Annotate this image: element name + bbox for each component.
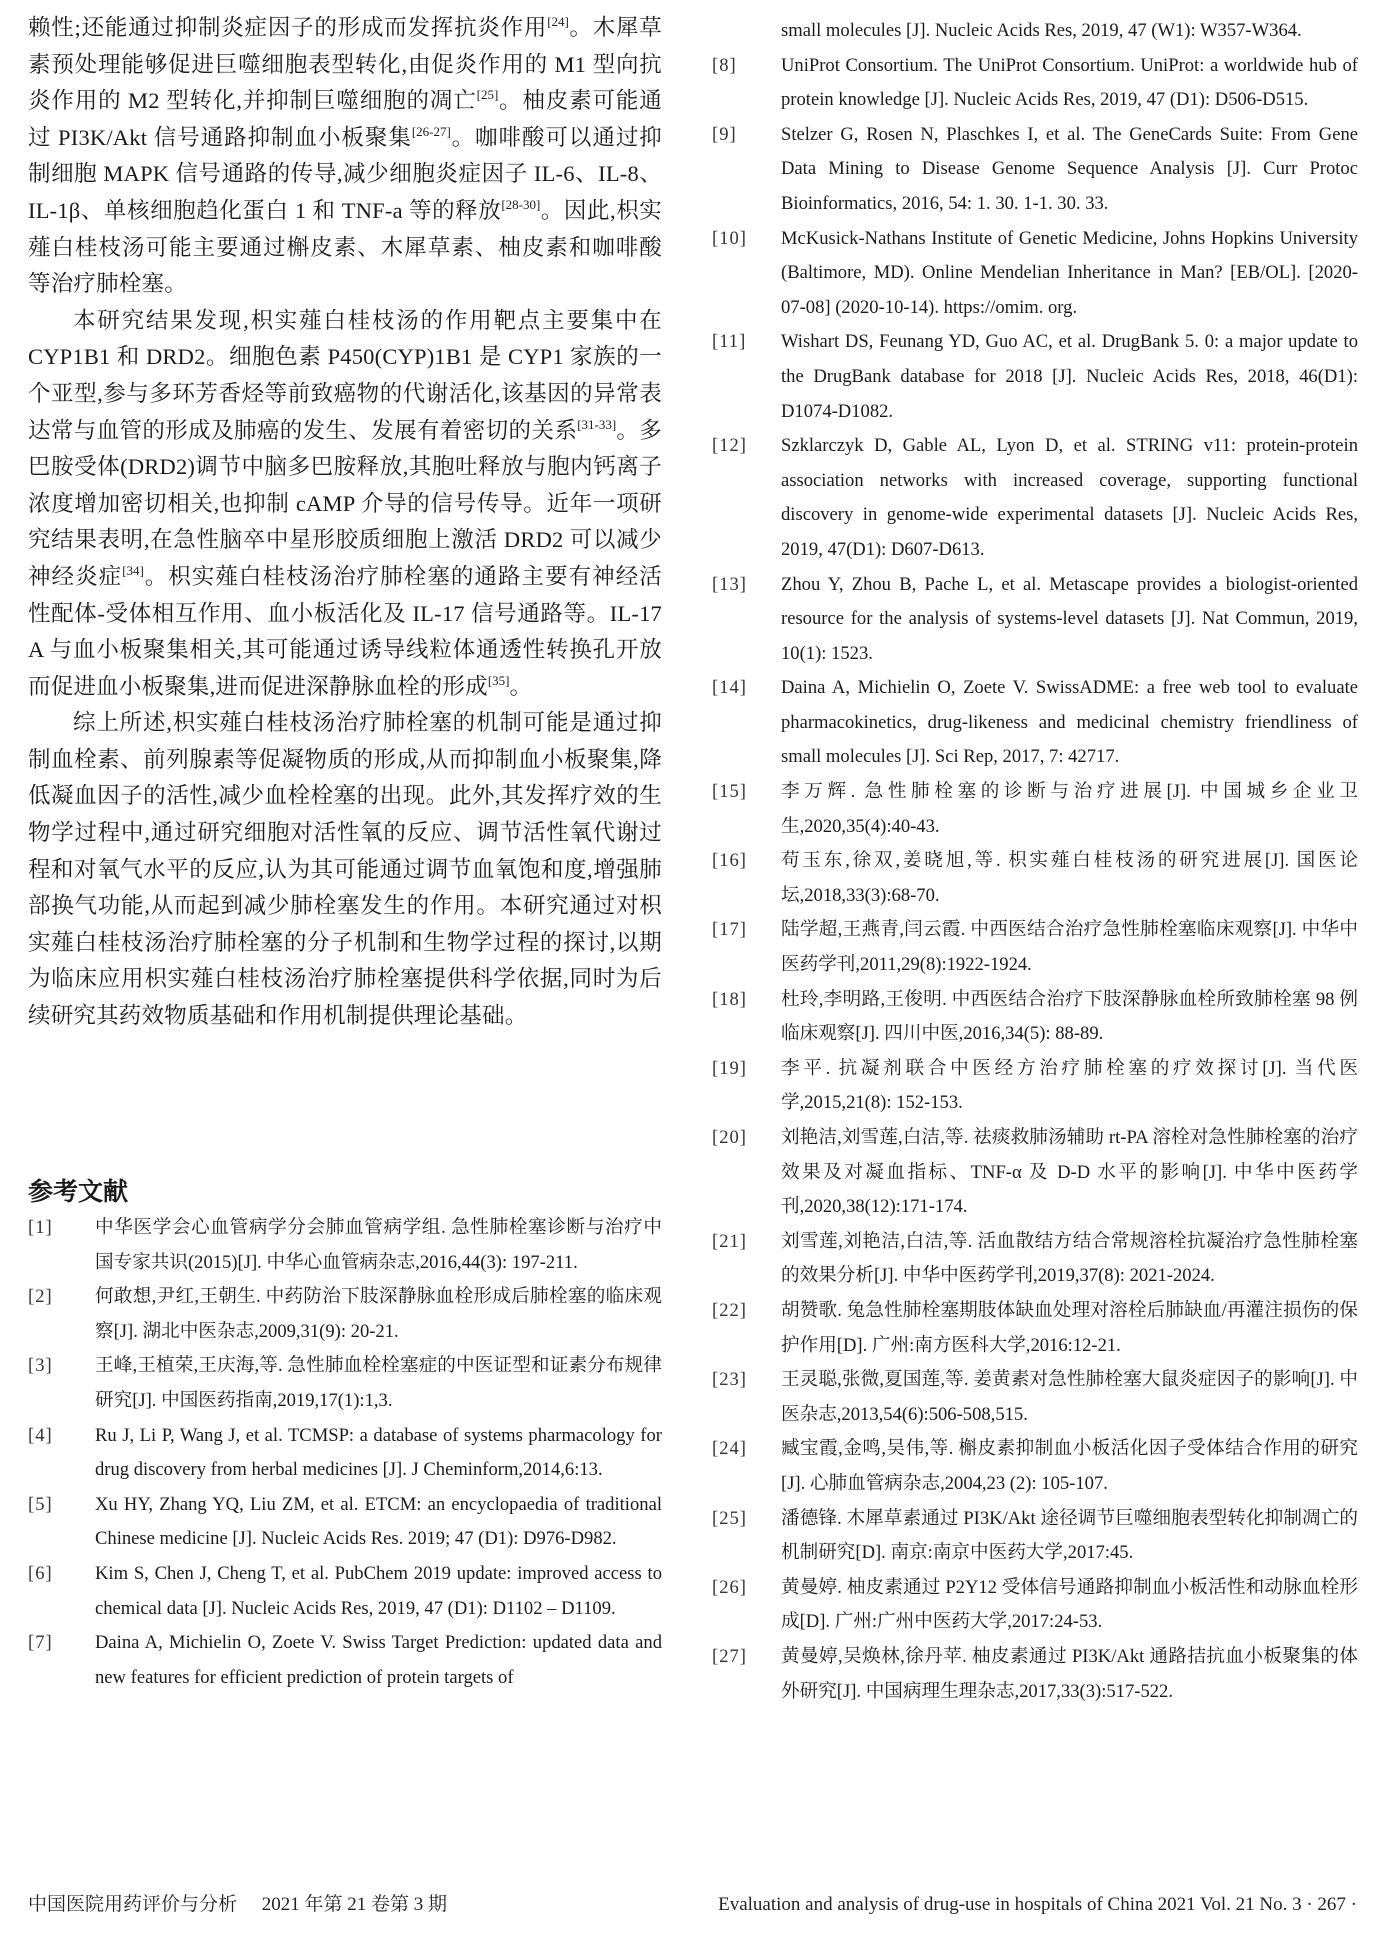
reference-text: 陆学超,王燕青,闫云霞. 中西医结合治疗急性肺栓塞临床观察[J]. 中华中医药学… <box>781 913 1358 982</box>
reference-text: Zhou Y, Zhou B, Pache L, et al. Metascap… <box>781 568 1358 672</box>
reference-list-left: [1]中华医学会心血管病学分会肺血管病学组. 急性肺栓塞诊断与治疗中国专家共识(… <box>28 1211 662 1695</box>
issue-info-cn: 2021 年第 21 卷第 3 期 <box>262 1894 447 1915</box>
reference-text: 臧宝霞,金鸣,吴伟,等. 槲皮素抑制血小板活化因子受体结合作用的研究[J]. 心… <box>781 1432 1358 1501</box>
reference-item: [12]Szklarczyk D, Gable AL, Lyon D, et a… <box>712 429 1358 567</box>
reference-item: [18]杜玲,李明路,王俊明. 中西医结合治疗下肢深静脉血栓所致肺栓塞 98 例… <box>712 983 1358 1052</box>
reference-item: [7]Daina A, Michielin O, Zoete V. Swiss … <box>28 1626 662 1695</box>
reference-number: [4] <box>28 1419 53 1454</box>
reference-number: [26] <box>712 1571 747 1606</box>
reference-text: Stelzer G, Rosen N, Plaschkes I, et al. … <box>781 118 1358 222</box>
reference-text: 王峰,王植荣,王庆海,等. 急性肺血栓栓塞症的中医证型和证素分布规律研究[J].… <box>95 1349 662 1418</box>
citation-marker: [28-30] <box>501 197 540 212</box>
reference-number: [19] <box>712 1052 747 1087</box>
reference-item: [15]李万辉. 急性肺栓塞的诊断与治疗进展[J]. 中国城乡企业卫生,2020… <box>712 775 1358 844</box>
reference-item: [3]王峰,王植荣,王庆海,等. 急性肺血栓栓塞症的中医证型和证素分布规律研究[… <box>28 1349 662 1418</box>
reference-number: [16] <box>712 844 747 879</box>
reference-number: [11] <box>712 325 746 360</box>
reference-text: Kim S, Chen J, Cheng T, et al. PubChem 2… <box>95 1557 662 1626</box>
paragraph: 赖性;还能通过抑制炎症因子的形成而发挥抗炎作用[24]。木犀草素预处理能够促进巨… <box>28 10 662 303</box>
reference-text: Ru J, Li P, Wang J, et al. TCMSP: a data… <box>95 1419 662 1488</box>
reference-text: Szklarczyk D, Gable AL, Lyon D, et al. S… <box>781 429 1358 567</box>
reference-number: [18] <box>712 983 747 1018</box>
reference-number: [27] <box>712 1640 747 1675</box>
reference-text: Wishart DS, Feunang YD, Guo AC, et al. D… <box>781 325 1358 429</box>
reference-number: [23] <box>712 1363 747 1398</box>
footer-right: Evaluation and analysis of drug-use in h… <box>718 1893 1357 1917</box>
reference-item: [16]苟玉东,徐双,姜晓旭,等. 枳实薤白桂枝汤的研究进展[J]. 国医论坛,… <box>712 844 1358 913</box>
reference-number: [21] <box>712 1225 747 1260</box>
reference-text: 苟玉东,徐双,姜晓旭,等. 枳实薤白桂枝汤的研究进展[J]. 国医论坛,2018… <box>781 844 1358 913</box>
reference-item: [27]黄曼婷,吴焕林,徐丹苹. 柚皮素通过 PI3K/Akt 通路拮抗血小板聚… <box>712 1640 1358 1709</box>
reference-item: [24]臧宝霞,金鸣,吴伟,等. 槲皮素抑制血小板活化因子受体结合作用的研究[J… <box>712 1432 1358 1501</box>
paragraph: 综上所述,枳实薤白桂枝汤治疗肺栓塞的机制可能是通过抑制血栓素、前列腺素等促凝物质… <box>28 705 662 1034</box>
reference-number: [24] <box>712 1432 747 1467</box>
citation-marker: [31-33] <box>577 417 616 432</box>
reference-item: [17]陆学超,王燕青,闫云霞. 中西医结合治疗急性肺栓塞临床观察[J]. 中华… <box>712 913 1358 982</box>
reference-item: [11]Wishart DS, Feunang YD, Guo AC, et a… <box>712 325 1358 429</box>
reference-item: [1]中华医学会心血管病学分会肺血管病学组. 急性肺栓塞诊断与治疗中国专家共识(… <box>28 1211 662 1280</box>
reference-list-right: small molecules [J]. Nucleic Acids Res, … <box>712 14 1358 1709</box>
reference-number: [10] <box>712 222 747 257</box>
reference-number: [20] <box>712 1121 747 1156</box>
page-number: · 267 · <box>1306 1894 1357 1915</box>
reference-item: [9]Stelzer G, Rosen N, Plaschkes I, et a… <box>712 118 1358 222</box>
reference-text: 胡赞歌. 兔急性肺栓塞期肢体缺血处理对溶栓后肺缺血/再灌注损伤的保护作用[D].… <box>781 1294 1358 1363</box>
reference-item: [19]李平. 抗凝剂联合中医经方治疗肺栓塞的疗效探讨[J]. 当代医学,201… <box>712 1052 1358 1121</box>
reference-text: 中华医学会心血管病学分会肺血管病学组. 急性肺栓塞诊断与治疗中国专家共识(201… <box>95 1211 662 1280</box>
reference-number: [7] <box>28 1626 53 1661</box>
reference-item: [14]Daina A, Michielin O, Zoete V. Swiss… <box>712 671 1358 775</box>
reference-item: [21]刘雪莲,刘艳洁,白洁,等. 活血散结方结合常规溶栓抗凝治疗急性肺栓塞的效… <box>712 1225 1358 1294</box>
reference-text: 黄曼婷,吴焕林,徐丹苹. 柚皮素通过 PI3K/Akt 通路拮抗血小板聚集的体外… <box>781 1640 1358 1709</box>
reference-number: [17] <box>712 913 747 948</box>
reference-text: 刘雪莲,刘艳洁,白洁,等. 活血散结方结合常规溶栓抗凝治疗急性肺栓塞的效果分析[… <box>781 1225 1358 1294</box>
paragraph: 本研究结果发现,枳实薤白桂枝汤的作用靶点主要集中在 CYP1B1 和 DRD2。… <box>28 303 662 706</box>
reference-number: [15] <box>712 775 747 810</box>
reference-number: [13] <box>712 568 747 603</box>
citation-marker: [34] <box>122 563 144 578</box>
reference-item: [6]Kim S, Chen J, Cheng T, et al. PubChe… <box>28 1557 662 1626</box>
reference-text: 潘德锋. 木犀草素通过 PI3K/Akt 途径调节巨噬细胞表型转化抑制凋亡的机制… <box>781 1502 1358 1571</box>
reference-number: [14] <box>712 671 747 706</box>
reference-number: [6] <box>28 1557 53 1592</box>
reference-item: [25]潘德锋. 木犀草素通过 PI3K/Akt 途径调节巨噬细胞表型转化抑制凋… <box>712 1502 1358 1571</box>
reference-text: McKusick-Nathans Institute of Genetic Me… <box>781 222 1358 326</box>
reference-item: [22]胡赞歌. 兔急性肺栓塞期肢体缺血处理对溶栓后肺缺血/再灌注损伤的保护作用… <box>712 1294 1358 1363</box>
reference-item: [10]McKusick-Nathans Institute of Geneti… <box>712 222 1358 326</box>
reference-item: [5]Xu HY, Zhang YQ, Liu ZM, et al. ETCM:… <box>28 1488 662 1557</box>
citation-marker: [24] <box>547 14 569 29</box>
footer-left: 中国医院用药评价与分析 2021 年第 21 卷第 3 期 <box>28 1893 447 1917</box>
reference-text: 黄曼婷. 柚皮素通过 P2Y12 受体信号通路抑制血小板活性和动脉血栓形成[D]… <box>781 1571 1358 1640</box>
reference-text: 杜玲,李明路,王俊明. 中西医结合治疗下肢深静脉血栓所致肺栓塞 98 例临床观察… <box>781 983 1358 1052</box>
reference-number: [3] <box>28 1349 53 1384</box>
references-heading: 参考文献 <box>28 1177 128 1207</box>
journal-name-cn: 中国医院用药评价与分析 <box>28 1894 237 1915</box>
citation-marker: [25] <box>477 87 499 102</box>
reference-item: [26]黄曼婷. 柚皮素通过 P2Y12 受体信号通路抑制血小板活性和动脉血栓形… <box>712 1571 1358 1640</box>
reference-item: [13]Zhou Y, Zhou B, Pache L, et al. Meta… <box>712 568 1358 672</box>
reference-text: Daina A, Michielin O, Zoete V. SwissADME… <box>781 671 1358 775</box>
reference-text: Xu HY, Zhang YQ, Liu ZM, et al. ETCM: an… <box>95 1488 662 1557</box>
reference-item: small molecules [J]. Nucleic Acids Res, … <box>712 14 1358 49</box>
reference-text: 刘艳洁,刘雪莲,白洁,等. 祛痰救肺汤辅助 rt-PA 溶栓对急性肺栓塞的治疗效… <box>781 1121 1358 1225</box>
reference-number: [22] <box>712 1294 747 1329</box>
reference-text: UniProt Consortium. The UniProt Consorti… <box>781 49 1358 118</box>
citation-marker: [35] <box>488 673 510 688</box>
reference-text: 李万辉. 急性肺栓塞的诊断与治疗进展[J]. 中国城乡企业卫生,2020,35(… <box>781 775 1358 844</box>
journal-name-en: Evaluation and analysis of drug-use in h… <box>718 1894 1302 1915</box>
reference-item: [2]何敢想,尹红,王朝生. 中药防治下肢深静脉血栓形成后肺栓塞的临床观察[J]… <box>28 1280 662 1349</box>
reference-number: [9] <box>712 118 737 153</box>
reference-item: [8]UniProt Consortium. The UniProt Conso… <box>712 49 1358 118</box>
reference-number: [1] <box>28 1211 53 1246</box>
reference-item: [23]王灵聪,张微,夏国莲,等. 姜黄素对急性肺栓塞大鼠炎症因子的影响[J].… <box>712 1363 1358 1432</box>
reference-number: [25] <box>712 1502 747 1537</box>
body-text: 赖性;还能通过抑制炎症因子的形成而发挥抗炎作用[24]。木犀草素预处理能够促进巨… <box>28 10 662 1035</box>
reference-number: [2] <box>28 1280 53 1315</box>
reference-number: [8] <box>712 49 737 84</box>
reference-text: small molecules [J]. Nucleic Acids Res, … <box>781 14 1358 49</box>
reference-text: 李平. 抗凝剂联合中医经方治疗肺栓塞的疗效探讨[J]. 当代医学,2015,21… <box>781 1052 1358 1121</box>
reference-text: 王灵聪,张微,夏国莲,等. 姜黄素对急性肺栓塞大鼠炎症因子的影响[J]. 中医杂… <box>781 1363 1358 1432</box>
reference-number: [12] <box>712 429 747 464</box>
reference-text: Daina A, Michielin O, Zoete V. Swiss Tar… <box>95 1626 662 1695</box>
reference-number: [5] <box>28 1488 53 1523</box>
reference-item: [20]刘艳洁,刘雪莲,白洁,等. 祛痰救肺汤辅助 rt-PA 溶栓对急性肺栓塞… <box>712 1121 1358 1225</box>
reference-item: [4]Ru J, Li P, Wang J, et al. TCMSP: a d… <box>28 1419 662 1488</box>
citation-marker: [26-27] <box>412 124 451 139</box>
reference-text: 何敢想,尹红,王朝生. 中药防治下肢深静脉血栓形成后肺栓塞的临床观察[J]. 湖… <box>95 1280 662 1349</box>
